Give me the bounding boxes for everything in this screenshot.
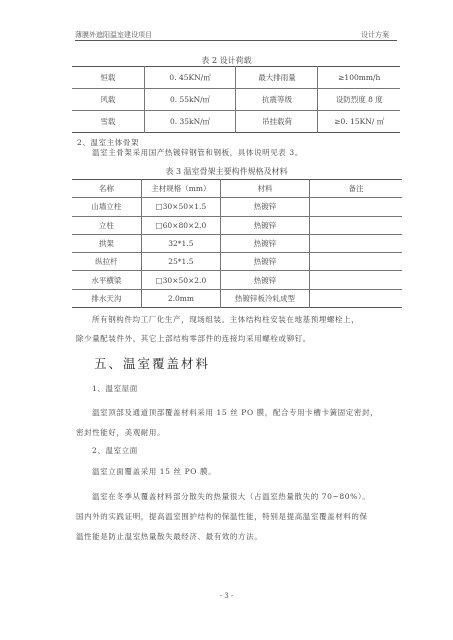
table-row: 立柱□60×80×2.0热镀锌 bbox=[72, 216, 402, 234]
table-cell: ≥100mm/h bbox=[318, 67, 400, 89]
table-row: 纵拉杆25*1.5热镀锌 bbox=[72, 253, 402, 271]
table-cell: 抗震等级 bbox=[236, 89, 318, 111]
table-row: 拱架32*1.5热镀锌 bbox=[72, 234, 402, 252]
table-cell: 热镀锌 bbox=[220, 271, 309, 289]
table-cell bbox=[310, 234, 402, 252]
header-section-title: 设计方案 bbox=[361, 30, 389, 40]
page-header: 薄膜外遮阳温室建设项目 设计方案 bbox=[75, 30, 397, 41]
table-cell: 25*1.5 bbox=[141, 253, 220, 271]
paragraph: 除少量配装件外，其它上部结构零部件的连接均采用螺栓或铆钉。 bbox=[76, 329, 311, 348]
table-row: 雪载 0. 35kN/㎡ 吊挂载荷 ≥0. 15KN/ ㎡ bbox=[72, 111, 400, 133]
frame-components-table: 名称 主材规格（mm） 材料 备注 山墙立柱□30×50×1.5热镀锌 立柱□6… bbox=[72, 179, 402, 308]
table-cell bbox=[310, 289, 402, 307]
table-cell bbox=[310, 253, 402, 271]
column-header: 名称 bbox=[72, 180, 141, 198]
table-cell: 最大排雨量 bbox=[236, 67, 318, 89]
table-cell bbox=[310, 271, 402, 289]
table-cell: □60×80×2.0 bbox=[141, 216, 220, 234]
table3-caption: 表 3 温室骨架主要构件规格及材料 bbox=[0, 166, 453, 177]
paragraph: 温性能是防止温室热量散失最经济、最有效的方法。 bbox=[76, 527, 262, 546]
paragraph: 国内外的实践证明，提高温室围护结构的保温性能，特别是提高温室覆盖材料的保 bbox=[76, 507, 368, 526]
table-row: 风载 0. 55kN/㎡ 抗震等级 设防烈度 8 度 bbox=[72, 89, 400, 111]
table-cell: 设防烈度 8 度 bbox=[318, 89, 400, 111]
paragraph: 温室主骨架采用国产热镀锌钢管和钢板，具体说明见表 3。 bbox=[92, 143, 303, 162]
paragraph: 温室顶部及通道顶部覆盖材料采用 15 丝 PO 膜，配合专用卡槽卡簧固定密封， bbox=[92, 403, 378, 422]
table-cell: 2.0mm bbox=[141, 289, 220, 307]
design-load-table: 恒载 0. 45KN/㎡ 最大排雨量 ≥100mm/h 风载 0. 55kN/㎡… bbox=[72, 66, 400, 133]
table-cell: 水平横梁 bbox=[72, 271, 141, 289]
table-cell: □30×50×2.0 bbox=[141, 271, 220, 289]
paragraph: 温室在冬季从覆盖材料部分散失的热量很大（占温室热量散失的 70~80%）。 bbox=[92, 487, 370, 506]
table-cell: 风载 bbox=[72, 89, 144, 111]
paragraph: 所有钢构件均工厂化生产，现场组装。主体结构柱安装在地基预埋螺栓上， bbox=[92, 310, 359, 329]
table-cell: 热镀锌 bbox=[220, 198, 309, 216]
table-cell: 热镀锌板冷轧成型 bbox=[220, 289, 309, 307]
paragraph: 温室立面覆盖采用 15 丝 PO 膜。 bbox=[92, 462, 216, 481]
table-cell: ≥0. 15KN/ ㎡ bbox=[318, 111, 400, 133]
chapter-title: 五、温室覆盖材料 bbox=[94, 354, 210, 372]
table-cell: 恒载 bbox=[72, 67, 144, 89]
table-row: 水平横梁□30×50×2.0热镀锌 bbox=[72, 271, 402, 289]
table-cell: 热镀锌 bbox=[220, 253, 309, 271]
table-cell: 0. 55kN/㎡ bbox=[144, 89, 236, 111]
table-cell: 山墙立柱 bbox=[72, 198, 141, 216]
column-header: 主材规格（mm） bbox=[141, 180, 220, 198]
table-cell: 立柱 bbox=[72, 216, 141, 234]
table-cell: 32*1.5 bbox=[141, 234, 220, 252]
column-header: 备注 bbox=[310, 180, 402, 198]
table-cell: 排水天沟 bbox=[72, 289, 141, 307]
table-row: 山墙立柱□30×50×1.5热镀锌 bbox=[72, 198, 402, 216]
header-project-title: 薄膜外遮阳温室建设项目 bbox=[75, 30, 152, 40]
table-cell: 纵拉杆 bbox=[72, 253, 141, 271]
section-heading: 1、温室屋面 bbox=[92, 379, 138, 398]
table-header-row: 名称 主材规格（mm） 材料 备注 bbox=[72, 180, 402, 198]
table-cell: 热镀锌 bbox=[220, 216, 309, 234]
table-cell: 拱架 bbox=[72, 234, 141, 252]
table-row: 排水天沟2.0mm热镀锌板冷轧成型 bbox=[72, 289, 402, 307]
table-cell: 雪载 bbox=[72, 111, 144, 133]
section-heading: 2、温室立面 bbox=[92, 441, 138, 460]
table-cell bbox=[310, 198, 402, 216]
table2-caption: 表 2 设计荷载 bbox=[0, 55, 453, 66]
table-cell bbox=[310, 216, 402, 234]
table-cell: □30×50×1.5 bbox=[141, 198, 220, 216]
table-cell: 吊挂载荷 bbox=[236, 111, 318, 133]
page-number: - 3 - bbox=[0, 592, 453, 600]
table-row: 恒载 0. 45KN/㎡ 最大排雨量 ≥100mm/h bbox=[72, 67, 400, 89]
paragraph: 密封性能好，美观耐用。 bbox=[76, 423, 165, 442]
column-header: 材料 bbox=[220, 180, 309, 198]
table-cell: 0. 45KN/㎡ bbox=[144, 67, 236, 89]
table-cell: 0. 35kN/㎡ bbox=[144, 111, 236, 133]
table-cell: 热镀锌 bbox=[220, 234, 309, 252]
